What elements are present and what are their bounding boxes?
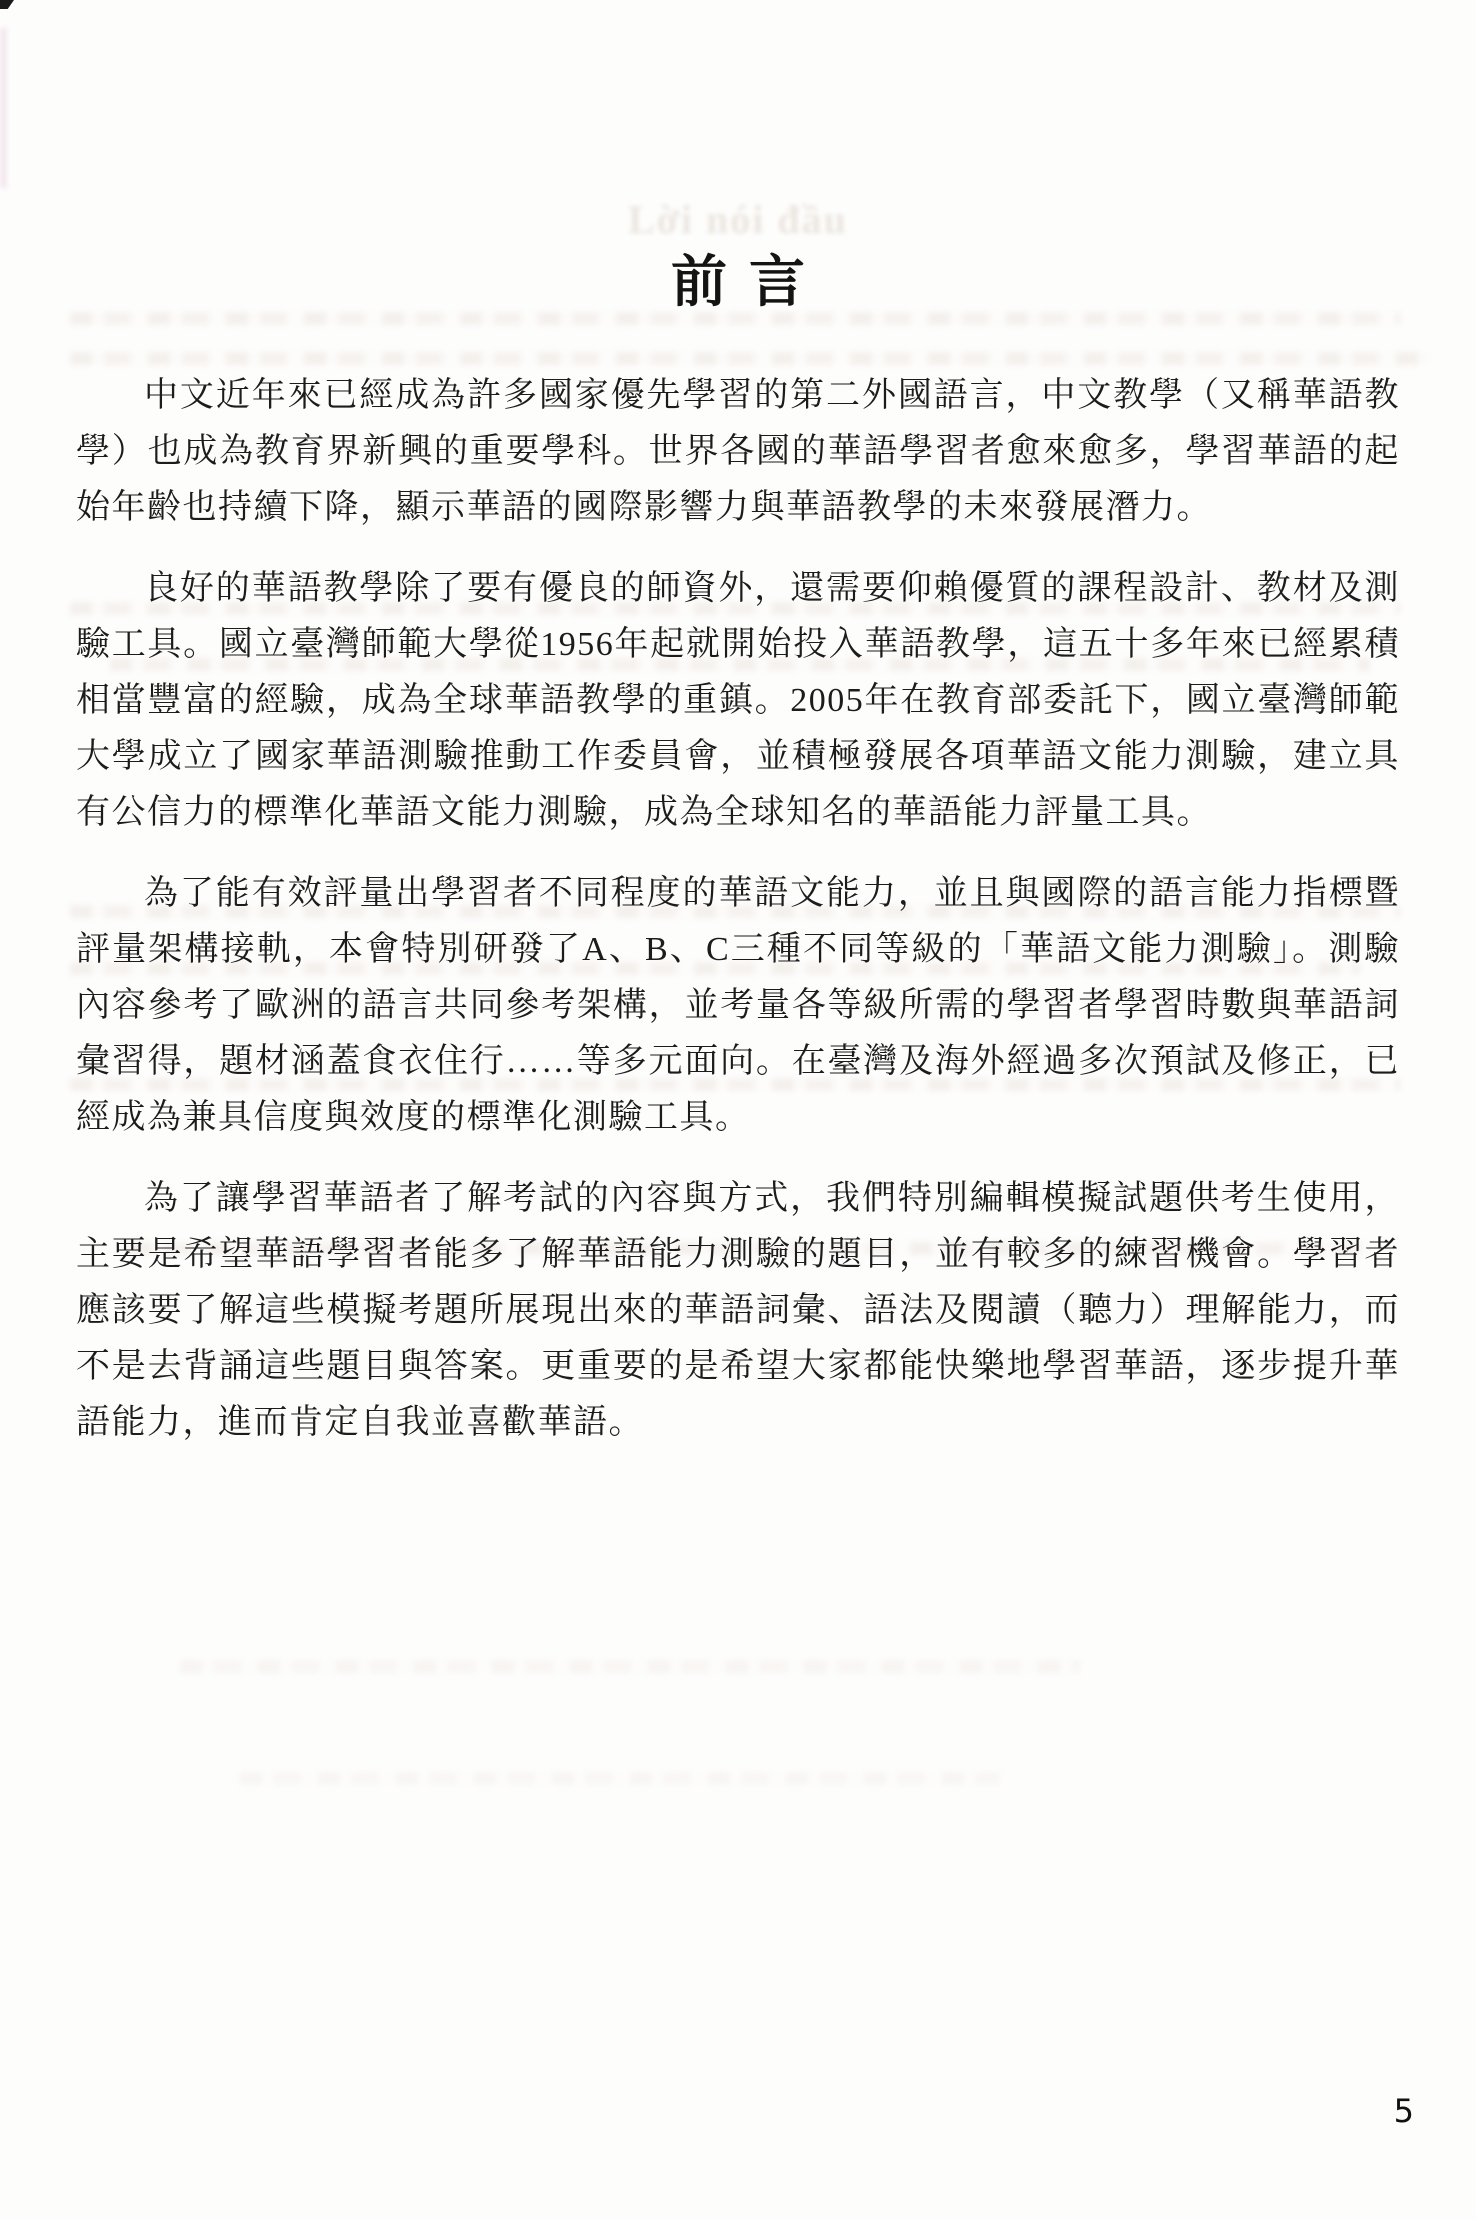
bleedthrough-line: [180, 1660, 1080, 1673]
paragraph: 為了讓學習華語者了解考試的內容與方式，我們特別編輯模擬試題供考生使用，主要是希望…: [76, 1171, 1400, 1451]
preface-body: 中文近年來已經成為許多國家優先學習的第二外國語言，中文教學（又稱華語教學）也成為…: [76, 368, 1400, 1476]
bleedthrough-line: [70, 352, 1430, 365]
paragraph: 中文近年來已經成為許多國家優先學習的第二外國語言，中文教學（又稱華語教學）也成為…: [76, 368, 1400, 536]
paragraph: 良好的華語教學除了要有優良的師資外，還需要仰賴優質的課程設計、教材及測驗工具。國…: [76, 561, 1400, 841]
bleedthrough-title: Lời nói đầu: [0, 196, 1476, 243]
scan-edge-streak: [0, 28, 7, 188]
paragraph: 為了能有效評量出學習者不同程度的華語文能力，並且與國際的語言能力指標暨評量架構接…: [76, 866, 1400, 1146]
bleedthrough-line: [240, 1772, 1000, 1785]
scan-corner-artifact: [0, 0, 14, 9]
document-page: Lời nói đầu 前言 中文近年來已經成為許多國家優先學習的第二外國語言，…: [0, 0, 1476, 2220]
page-title: 前言: [0, 238, 1476, 318]
page-number: 5: [1394, 2092, 1414, 2130]
